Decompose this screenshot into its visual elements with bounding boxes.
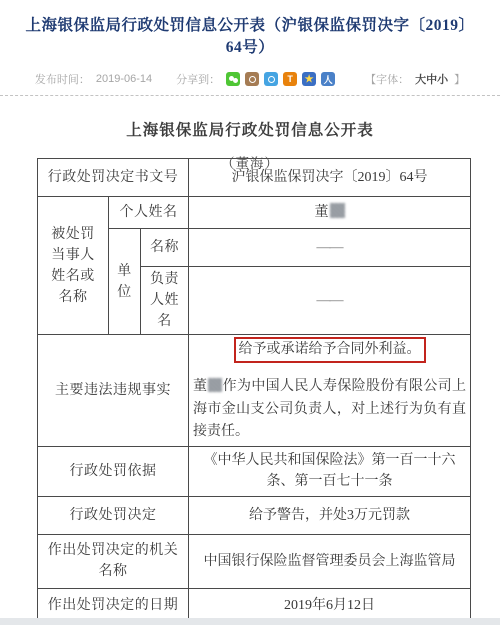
decision-label: 行政处罚决定	[38, 496, 189, 534]
tencent-weibo-icon[interactable]: T	[283, 72, 297, 86]
head-name-dash: ——	[317, 293, 343, 308]
share-to-label: 分享到：	[176, 71, 220, 87]
head-name-value: ——	[189, 267, 471, 335]
highlight-red-box: 给予或承诺给予合同外利益。	[234, 337, 426, 363]
table-row: 作出处罚决定的机关名称 中国银行保险监督管理委员会上海监管局	[38, 534, 471, 588]
page-bottom-edge	[0, 618, 500, 625]
decision-value: 给予警告，并处3万元罚款	[189, 496, 471, 534]
table-row: 行政处罚决定 给予警告，并处3万元罚款	[38, 496, 471, 534]
renren-icon[interactable]: 人	[321, 72, 335, 86]
table-row: 行政处罚决定书文号 沪银保监保罚决字〔2019〕64号	[38, 159, 471, 197]
font-size-label-open: 【字体：	[365, 71, 409, 87]
dashed-divider	[0, 95, 500, 96]
unit-label: 单位	[109, 229, 141, 335]
facts-label: 主要违法违规事实	[38, 335, 189, 447]
table-row: 行政处罚依据 《中华人民共和国保险法》第一百一十六条、第一百七十一条	[38, 446, 471, 496]
publish-time-label: 发布时间：	[35, 71, 90, 87]
party-name-label-text: 被处罚当事人姓名或名称	[48, 224, 98, 308]
unit-name-value: ——	[189, 229, 471, 267]
head-name-label: 负责人姓名	[141, 267, 189, 335]
qzone-icon[interactable]	[264, 72, 278, 86]
document-title: 上海银保监局行政处罚信息公开表	[0, 118, 500, 140]
unit-name-dash: ——	[317, 240, 343, 255]
person-name-label: 个人姓名	[109, 197, 189, 229]
page-title: 上海银保监局行政处罚信息公开表（沪银保监保罚决字〔2019〕64号）	[0, 0, 500, 57]
album-icon[interactable]	[245, 72, 259, 86]
font-size-label-close: 】	[454, 71, 465, 87]
authority-label: 作出处罚决定的机关名称	[38, 534, 189, 588]
date-value: 2019年6月12日	[189, 588, 471, 622]
wechat-icon[interactable]	[226, 72, 240, 86]
penalty-table: 行政处罚决定书文号 沪银保监保罚决字〔2019〕64号 被处罚当事人姓名或名称 …	[37, 158, 471, 623]
unit-label-text: 单位	[117, 261, 132, 303]
doc-no-label: 行政处罚决定书文号	[38, 159, 189, 197]
publish-date: 2019-06-14	[96, 73, 152, 85]
table-row: 被处罚当事人姓名或名称 个人姓名 董	[38, 197, 471, 229]
basis-value: 《中华人民共和国保险法》第一百一十六条、第一百七十一条	[189, 446, 471, 496]
basis-label: 行政处罚依据	[38, 446, 189, 496]
person-name-value: 董	[189, 197, 471, 229]
table-row: 作出处罚决定的日期 2019年6月12日	[38, 588, 471, 622]
redaction-block	[208, 378, 222, 392]
table-row: 主要违法违规事实 给予或承诺给予合同外利益。 董作为中国人民人寿保险股份有限公司…	[38, 335, 471, 447]
date-label: 作出处罚决定的日期	[38, 588, 189, 622]
facts-detail-prefix: 董	[193, 379, 207, 394]
doc-no-value: 沪银保监保罚决字〔2019〕64号	[189, 159, 471, 197]
facts-detail: 董作为中国人民人寿保险股份有限公司上海市金山支公司负责人，对上述行为负有直接责任…	[193, 376, 466, 444]
star-favorite-icon[interactable]: ★	[302, 72, 316, 86]
head-name-label-text: 负责人姓名	[150, 269, 180, 332]
redaction-block	[330, 203, 345, 218]
facts-detail-suffix: 作为中国人民人寿保险股份有限公司上海市金山支公司负责人，对上述行为负有直接责任。	[193, 379, 466, 439]
authority-value: 中国银行保险监督管理委员会上海监管局	[189, 534, 471, 588]
unit-name-label: 名称	[141, 229, 189, 267]
meta-bar: 发布时间： 2019-06-14 分享到： T ★ 人 【字体： 大中小 】	[0, 71, 500, 87]
party-name-label: 被处罚当事人姓名或名称	[38, 197, 109, 335]
person-name-text: 董	[315, 205, 329, 220]
share-icon-bar: T ★ 人	[226, 72, 335, 86]
facts-value: 给予或承诺给予合同外利益。 董作为中国人民人寿保险股份有限公司上海市金山支公司负…	[189, 335, 471, 447]
font-size-controls[interactable]: 大中小	[415, 71, 448, 87]
